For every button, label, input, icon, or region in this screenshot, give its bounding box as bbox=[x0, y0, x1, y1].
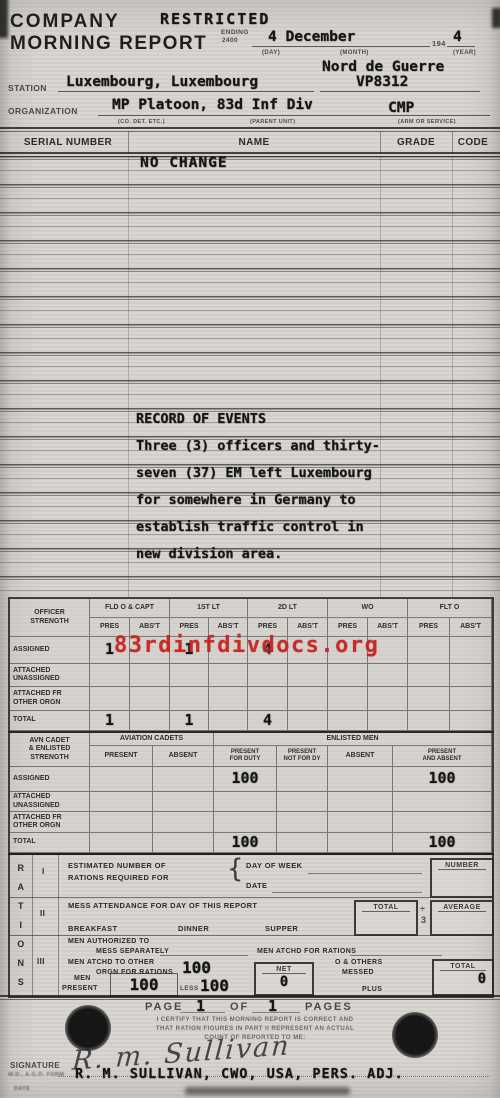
officer-cell[interactable] bbox=[408, 711, 450, 731]
form-title-line2: MORNING REPORT bbox=[10, 33, 207, 55]
rations-numeral-3: III bbox=[37, 957, 45, 966]
abst-header: ABS'T bbox=[450, 618, 492, 637]
grid-reference-line1: Nord de Guerre bbox=[322, 59, 444, 75]
rations-row-divider bbox=[10, 935, 492, 936]
enlisted-col-header: ABSENT bbox=[328, 746, 393, 767]
enlisted-cell[interactable] bbox=[328, 792, 393, 812]
enlisted-col-header: PRESENT AND ABSENT bbox=[393, 746, 492, 767]
enlisted-cell[interactable] bbox=[153, 792, 214, 812]
officer-value: 1 bbox=[105, 641, 114, 658]
rations-numeral-2: II bbox=[40, 909, 45, 918]
events-line: Three (3) officers and thirty- bbox=[136, 438, 380, 454]
enlisted-cell[interactable] bbox=[153, 812, 214, 833]
roster-divider bbox=[452, 156, 453, 597]
rations-numeral-1: I bbox=[42, 867, 45, 876]
enlisted-men-header: ENLISTED MEN bbox=[214, 733, 492, 746]
estimated-rations-label2: RATIONS REQUIRED FOR bbox=[68, 873, 169, 882]
roster-col-code: CODE bbox=[452, 137, 494, 148]
enlisted-cell[interactable] bbox=[153, 833, 214, 853]
officer-cell[interactable] bbox=[130, 664, 170, 687]
plus-label: PLUS bbox=[362, 986, 382, 993]
organization-underline bbox=[98, 115, 490, 116]
net-box[interactable]: NET 0 bbox=[254, 962, 314, 996]
brace-glyph: { bbox=[227, 854, 244, 884]
enlisted-cell[interactable] bbox=[277, 833, 328, 853]
month-label: (MONTH) bbox=[340, 50, 369, 56]
officer-cell[interactable] bbox=[450, 711, 492, 731]
officer-cell[interactable] bbox=[408, 664, 450, 687]
net-box-label: NET bbox=[262, 966, 306, 974]
enlisted-cell[interactable] bbox=[328, 812, 393, 833]
officer-row-label: ASSIGNED bbox=[10, 637, 90, 664]
estimated-rations-label1: ESTIMATED NUMBER OF bbox=[68, 861, 166, 870]
events-line: new division area. bbox=[136, 546, 282, 562]
officer-group-header: FLD O & CAPT bbox=[90, 599, 170, 618]
enlisted-cell[interactable] bbox=[277, 812, 328, 833]
date-underline bbox=[252, 46, 430, 47]
men-atchd-for-rations-label: MEN ATCHD FOR RATIONS bbox=[257, 948, 356, 955]
date-fine-print: DATE bbox=[14, 1086, 30, 1092]
classification-stamp: RESTRICTED bbox=[160, 10, 270, 28]
officer-cell[interactable] bbox=[288, 687, 328, 711]
officer-cell[interactable]: 1 bbox=[170, 711, 209, 731]
enlisted-cell[interactable] bbox=[214, 812, 277, 833]
officer-cell[interactable] bbox=[408, 687, 450, 711]
men-atchd-for-rations-field[interactable] bbox=[350, 955, 442, 956]
officer-row-label: ATTACHED UNASSIGNED bbox=[10, 664, 90, 687]
organization-field[interactable]: MP Platoon, 83d Inf Div bbox=[112, 97, 313, 113]
others-messed-label2: MESSED bbox=[342, 969, 374, 976]
rations-total-box[interactable]: TOTAL 0 bbox=[432, 959, 494, 996]
enlisted-cell[interactable] bbox=[214, 792, 277, 812]
officer-cell[interactable] bbox=[248, 664, 288, 687]
aviation-cadets-header: AVIATION CADETS bbox=[90, 733, 214, 746]
officer-cell[interactable]: 1 bbox=[90, 711, 130, 731]
officer-cell[interactable] bbox=[130, 711, 170, 731]
form-title-line1: COMPANY bbox=[10, 11, 120, 33]
enlisted-cell[interactable]: 100 bbox=[214, 833, 277, 853]
net-value: 0 bbox=[256, 974, 312, 990]
day-of-week-label: DAY OF WEEK bbox=[246, 861, 303, 870]
officer-cell[interactable]: 4 bbox=[248, 711, 288, 731]
mess-separately-field[interactable] bbox=[160, 955, 248, 956]
enlisted-cell[interactable] bbox=[328, 767, 393, 792]
officer-cell[interactable] bbox=[450, 687, 492, 711]
pages-underline bbox=[252, 1012, 300, 1013]
officer-cell[interactable] bbox=[328, 664, 368, 687]
pres-header: PRES bbox=[408, 618, 450, 637]
grid-reference-line2: VP8312 bbox=[356, 74, 408, 90]
mess-attendance-label: MESS ATTENDANCE FOR DAY OF THIS REPORT bbox=[68, 901, 257, 910]
officer-group-header: 2D LT bbox=[248, 599, 328, 618]
scan-artifact bbox=[0, 0, 8, 38]
ending-time: 2400 bbox=[222, 37, 238, 44]
number-box-label: NUMBER bbox=[438, 862, 486, 870]
pages-label: PAGES bbox=[305, 1001, 353, 1013]
divide-by-three: 3 bbox=[421, 915, 426, 925]
officer-cell[interactable] bbox=[170, 687, 209, 711]
of-label: OF bbox=[230, 1001, 249, 1013]
enlisted-cell[interactable] bbox=[90, 833, 153, 853]
officer-cell[interactable] bbox=[328, 711, 368, 731]
less-label: LESS bbox=[180, 985, 199, 992]
enlisted-col-header: PRESENT NOT FOR DY bbox=[277, 746, 328, 767]
enlisted-cell[interactable]: 100 bbox=[214, 767, 277, 792]
grid-underline bbox=[320, 91, 480, 92]
year-underline bbox=[447, 46, 475, 47]
rations-divider bbox=[32, 855, 33, 996]
enlisted-col-header: PRESENT FOR DUTY bbox=[214, 746, 277, 767]
scan-artifact bbox=[492, 8, 500, 28]
day-label: (DAY) bbox=[262, 50, 280, 56]
atchd-other-orgn-value[interactable]: 100 bbox=[182, 958, 211, 977]
events-title: RECORD OF EVENTS bbox=[136, 411, 266, 427]
page-label: PAGE bbox=[145, 1001, 183, 1013]
site-watermark: 83rdinfdivdocs.org bbox=[114, 633, 379, 658]
rations-total-box-label: TOTAL bbox=[440, 963, 486, 971]
enlisted-cell[interactable] bbox=[90, 812, 153, 833]
officer-cell[interactable] bbox=[450, 637, 492, 664]
officer-group-header: 1ST LT bbox=[170, 599, 248, 618]
average-box[interactable]: AVERAGE bbox=[430, 900, 494, 936]
average-box-label: AVERAGE bbox=[438, 904, 486, 912]
section-rule bbox=[0, 995, 500, 1000]
rations-divider bbox=[58, 855, 59, 996]
officer-cell[interactable] bbox=[209, 664, 248, 687]
enlisted-col-header: PRESENT bbox=[90, 746, 153, 767]
section-rule bbox=[0, 127, 500, 132]
men-authorized-label1: MEN AUTHORIZED TO bbox=[68, 938, 149, 945]
officer-group-header: FLT O bbox=[408, 599, 492, 618]
enlisted-cell[interactable] bbox=[153, 767, 214, 792]
events-line: establish traffic control in bbox=[136, 519, 364, 535]
form-number-fine-print: W.D., A.G.O. FORM bbox=[8, 1072, 64, 1078]
present-label: PRESENT bbox=[62, 985, 98, 992]
date-label: DATE bbox=[246, 881, 267, 890]
date-field[interactable] bbox=[272, 892, 422, 893]
ending-label: ENDING bbox=[221, 29, 249, 36]
roster-divider bbox=[380, 156, 381, 597]
men-label: MEN bbox=[74, 975, 91, 982]
certification-line: THAT RATION FIGURES IN PART II REPRESENT… bbox=[110, 1025, 400, 1032]
enlisted-corner-label: AVN CADET & ENLISTED STRENGTH bbox=[10, 733, 90, 767]
punch-hole-right bbox=[392, 1012, 438, 1058]
report-date-field[interactable]: 4 December bbox=[268, 29, 355, 45]
supper-label: SUPPER bbox=[265, 924, 298, 933]
station-underline bbox=[58, 91, 314, 92]
arm-or-service-label: (ARM OR SERVICE) bbox=[398, 119, 456, 125]
rations-section: R A T I O N S I ESTIMATED NUMBER OF RATI… bbox=[8, 853, 494, 998]
year-prefix: 194 bbox=[432, 39, 446, 48]
station-field[interactable]: Luxembourg, Luxembourg bbox=[66, 74, 258, 90]
men-present-box[interactable]: 100 bbox=[110, 973, 178, 996]
officer-cell[interactable] bbox=[368, 687, 408, 711]
officer-row-label: ATTACHED FR OTHER ORGN bbox=[10, 687, 90, 711]
enlisted-cell[interactable] bbox=[393, 792, 492, 812]
officer-corner-label: OFFICER STRENGTH bbox=[10, 599, 90, 637]
roster-divider bbox=[452, 131, 453, 153]
roster-entry: NO CHANGE bbox=[140, 155, 228, 171]
men-present-value: 100 bbox=[111, 975, 177, 994]
officer-cell[interactable] bbox=[408, 637, 450, 664]
officer-cell[interactable] bbox=[90, 664, 130, 687]
enlisted-cell[interactable] bbox=[328, 833, 393, 853]
roster-divider bbox=[380, 131, 381, 153]
co-det-label: (CO. DET. ETC.) bbox=[118, 119, 165, 125]
roster-col-grade: GRADE bbox=[380, 137, 452, 148]
roster-divider bbox=[128, 156, 129, 597]
number-box[interactable]: NUMBER bbox=[430, 858, 494, 898]
rations-total-value: 0 bbox=[434, 971, 492, 987]
breakfast-label: BREAKFAST bbox=[68, 924, 117, 933]
day-of-week-field[interactable] bbox=[308, 873, 422, 874]
scan-smudge bbox=[185, 1087, 350, 1095]
dinner-label: DINNER bbox=[178, 924, 209, 933]
enlisted-cell[interactable] bbox=[90, 792, 153, 812]
officer-group-header: WO bbox=[328, 599, 408, 618]
men-authorized-label2: MESS SEPARATELY bbox=[96, 948, 169, 955]
officer-cell[interactable] bbox=[328, 687, 368, 711]
enlisted-cell[interactable] bbox=[277, 792, 328, 812]
events-line: seven (37) EM left Luxembourg bbox=[136, 465, 372, 481]
enlisted-row-label: ATTACHED UNASSIGNED bbox=[10, 792, 90, 812]
officer-cell[interactable] bbox=[288, 664, 328, 687]
enlisted-row-label: TOTAL bbox=[10, 833, 90, 853]
roster-divider bbox=[128, 131, 129, 153]
officer-cell[interactable] bbox=[130, 687, 170, 711]
others-messed-label1: O & OTHERS bbox=[335, 959, 383, 966]
roster-col-serial: SERIAL NUMBER bbox=[8, 137, 128, 148]
events-line: for somewhere in Germany to bbox=[136, 492, 355, 508]
parent-unit-label: (PARENT UNIT) bbox=[250, 119, 295, 125]
officer-cell[interactable] bbox=[248, 687, 288, 711]
enlisted-col-header: ABSENT bbox=[153, 746, 214, 767]
mess-total-box[interactable]: TOTAL bbox=[354, 900, 418, 936]
certification-line: I CERTIFY THAT THIS MORNING REPORT IS CO… bbox=[110, 1016, 400, 1023]
enlisted-cell[interactable] bbox=[393, 812, 492, 833]
year-digit-field[interactable]: 4 bbox=[453, 29, 462, 45]
officer-row-label: TOTAL bbox=[10, 711, 90, 731]
less-value[interactable]: 100 bbox=[200, 976, 229, 995]
enlisted-cell[interactable]: 100 bbox=[393, 833, 492, 853]
organization-label: ORGANIZATION bbox=[8, 106, 78, 116]
officer-cell[interactable] bbox=[90, 687, 130, 711]
arm-service-field[interactable]: CMP bbox=[388, 100, 414, 116]
divide-sign: ÷ bbox=[420, 904, 425, 914]
officer-cell[interactable] bbox=[288, 711, 328, 731]
officer-cell[interactable] bbox=[368, 711, 408, 731]
rations-side-label: R A T I O N S bbox=[15, 859, 27, 992]
officer-cell[interactable] bbox=[209, 711, 248, 731]
page-underline bbox=[180, 1012, 225, 1013]
morning-report-form: COMPANY MORNING REPORT RESTRICTED ENDING… bbox=[0, 0, 500, 1098]
rations-row-divider bbox=[10, 897, 492, 898]
enlisted-row-label: ASSIGNED bbox=[10, 767, 90, 792]
enlisted-strength-table: AVN CADET & ENLISTED STRENGTH AVIATION C… bbox=[8, 731, 494, 855]
enlisted-row-label: ATTACHED FR OTHER ORGN bbox=[10, 812, 90, 833]
enlisted-cell[interactable] bbox=[90, 767, 153, 792]
enlisted-cell[interactable] bbox=[277, 767, 328, 792]
signature-typed-name: R. M. SULLIVAN, CWO, USA, PERS. ADJ. bbox=[75, 1066, 404, 1082]
station-label: STATION bbox=[8, 83, 47, 93]
mess-total-box-label: TOTAL bbox=[362, 904, 410, 912]
officer-strength-table: OFFICER STRENGTH FLD O & CAPT 1ST LT 2D … bbox=[8, 597, 494, 733]
officer-cell[interactable] bbox=[450, 664, 492, 687]
officer-cell[interactable] bbox=[368, 664, 408, 687]
enlisted-cell[interactable]: 100 bbox=[393, 767, 492, 792]
year-label: (YEAR) bbox=[453, 50, 476, 56]
signature-label: SIGNATURE bbox=[10, 1061, 60, 1070]
roster-col-name: NAME bbox=[128, 137, 380, 148]
atchd-other-orgn-label1: MEN ATCHD TO OTHER bbox=[68, 959, 154, 966]
officer-cell[interactable] bbox=[209, 687, 248, 711]
officer-cell[interactable] bbox=[170, 664, 209, 687]
